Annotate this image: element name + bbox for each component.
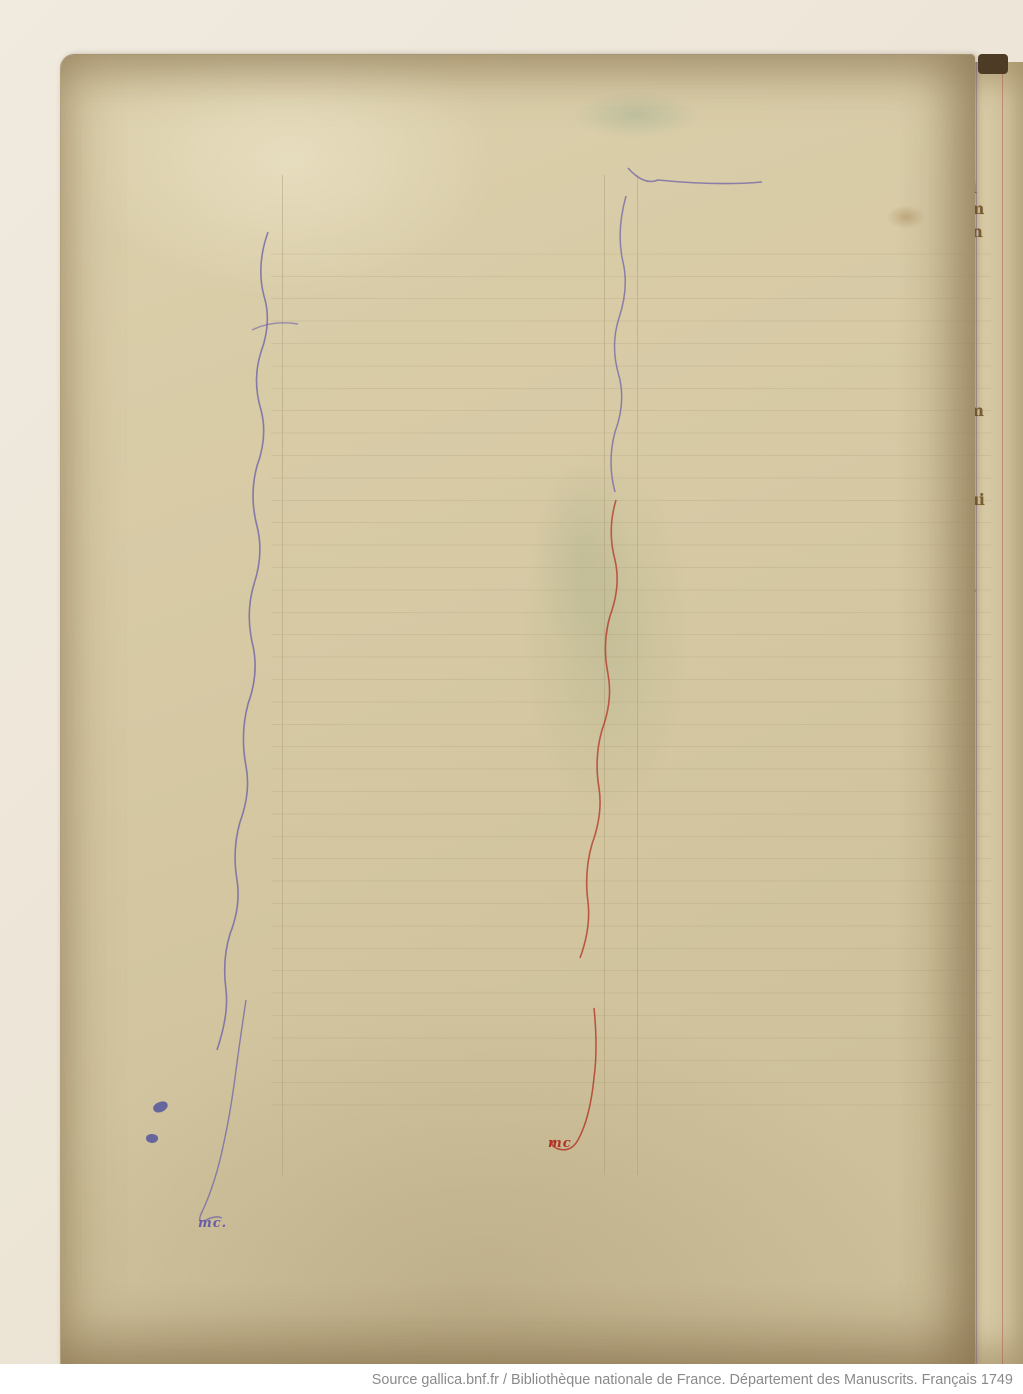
manuscript-photo: 114r na ma. ma ia hom que conſeill meque…: [0, 0, 1023, 1394]
ruling-line: [976, 62, 977, 1364]
ruling-line: [1002, 62, 1003, 1364]
column-rule: [604, 175, 605, 1175]
column-rule: [282, 175, 283, 1175]
caption-bar: Source gallica.bnf.fr / Bibliothèque nat…: [0, 1364, 1023, 1394]
binding-notch: [978, 54, 1008, 74]
source-caption: Source gallica.bnf.fr / Bibliothèque nat…: [372, 1371, 1013, 1388]
margin-squiggle-label: mc.: [198, 1216, 227, 1231]
column-rule: [965, 175, 966, 1175]
ruling-grid: [271, 233, 991, 1109]
column-rule: [637, 175, 638, 1175]
manuscript-page: [60, 54, 975, 1365]
margin-squiggle-label: mc: [548, 1136, 572, 1151]
